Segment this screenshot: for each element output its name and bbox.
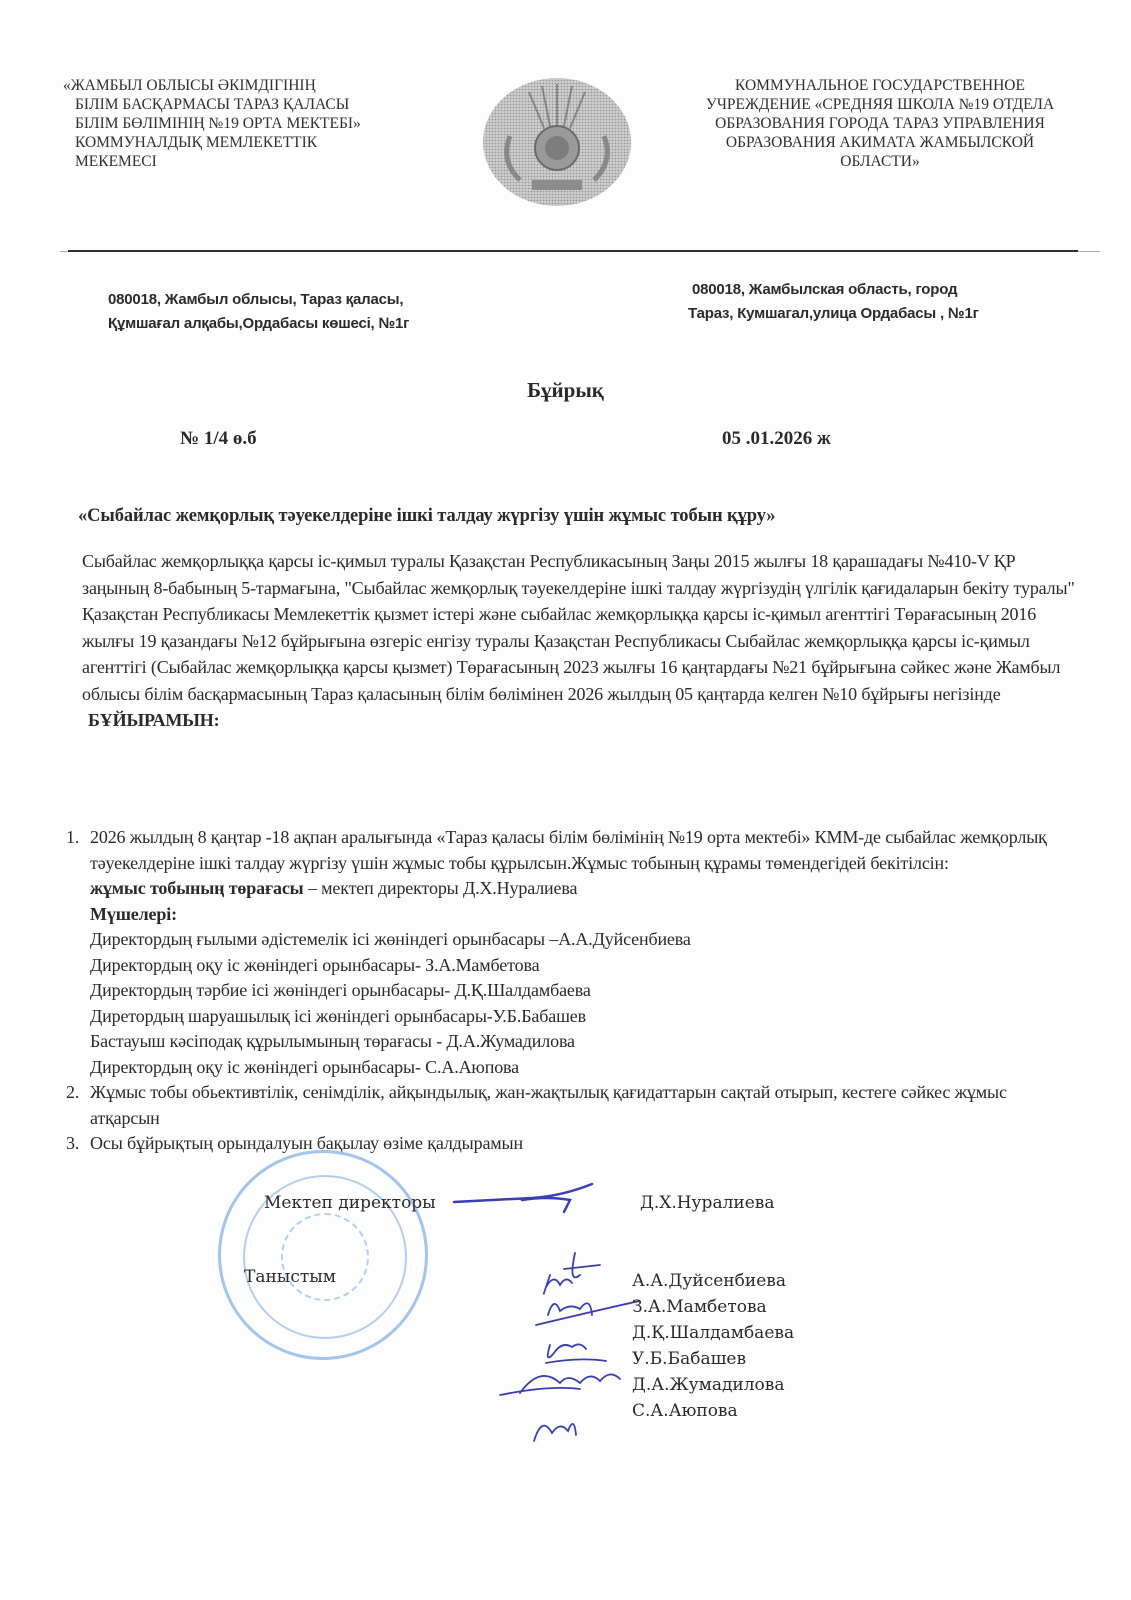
org-line: МЕКЕМЕСІ — [63, 152, 443, 171]
org-line: «ЖАМБЫЛ ОБЛЫСЫ ӘКІМДІГІНІҢ — [63, 76, 443, 95]
director-signature-icon — [452, 1178, 602, 1218]
chair-value: – мектеп директоры Д.Х.Нуралиева — [304, 878, 578, 898]
item-number: 1. — [66, 825, 79, 851]
acknowledged-name: З.А.Мамбетова — [632, 1294, 794, 1320]
org-line: БІЛІМ БАСҚАРМАСЫ ТАРАЗ ҚАЛАСЫ — [63, 95, 443, 114]
member-line: Директордың оқу іс жөніндегі орынбасары-… — [90, 1055, 1076, 1081]
member-line: Бастауыш кәсіподақ құрылымының төрағасы … — [90, 1029, 1076, 1055]
members-label: Мүшелері: — [90, 902, 1076, 928]
member-line: Диретордың шаруашылық ісі жөніндегі орын… — [90, 1004, 1076, 1030]
member-line: Директордың ғылыми әдістемелік ісі жөнін… — [90, 927, 1076, 953]
preamble-text: Сыбайлас жемқорлыққа қарсы іс-қимыл тура… — [82, 551, 1075, 704]
header-org-name-russian: КОММУНАЛЬНОЕ ГОСУДАРСТВЕННОЕ УЧРЕЖДЕНИЕ … — [680, 76, 1080, 171]
chair-line: жұмыс тобының төрағасы – мектеп директор… — [90, 876, 1076, 902]
address-line: Құмшағал алқабы,Ордабасы көшесі, №1г — [108, 312, 409, 336]
acknowledged-name: С.А.Аюпова — [632, 1398, 794, 1424]
header-org-name-kazakh: «ЖАМБЫЛ ОБЛЫСЫ ӘКІМДІГІНІҢ БІЛІМ БАСҚАРМ… — [63, 76, 443, 171]
member-line: Директордың тәрбие ісі жөніндегі орынбас… — [90, 978, 1076, 1004]
item-number: 2. — [66, 1080, 79, 1106]
acknowledged-name: Д.Қ.Шалдамбаева — [632, 1320, 794, 1346]
state-emblem-icon — [482, 76, 632, 208]
order-word: БҰЙЫРАМЫН: — [88, 710, 219, 730]
order-date: 05 .01.2026 ж — [722, 428, 831, 450]
chair-label: жұмыс тобының төрағасы — [90, 878, 304, 898]
order-number: № 1/4 ө.б — [180, 428, 257, 450]
org-line: ОБРАЗОВАНИЯ АКИМАТА ЖАМБЫЛСКОЙ — [680, 133, 1080, 152]
org-line: ОБЛАСТИ» — [680, 152, 1080, 171]
item-text: 2026 жылдың 8 қаңтар -18 ақпан аралығынд… — [90, 827, 1047, 873]
document-title: Бұйрық — [0, 378, 1131, 403]
org-line: КОММУНАЛЬНОЕ ГОСУДАРСТВЕННОЕ — [680, 76, 1080, 95]
order-item-1: 1. 2026 жылдың 8 қаңтар -18 ақпан аралығ… — [66, 825, 1076, 1080]
order-subject: «Сыбайлас жемқорлық тәуекелдеріне ішкі т… — [78, 506, 775, 527]
item-text: Осы бұйрықтың орындалуын бақылау өзіме қ… — [90, 1133, 523, 1153]
acknowledged-label: Таныстым — [244, 1267, 336, 1287]
acknowledged-name: У.Б.Бабашев — [632, 1346, 794, 1372]
address-kazakh: 080018, Жамбыл облысы, Тараз қаласы, Құм… — [108, 288, 409, 336]
address-line: 080018, Жамбылская область, город — [688, 278, 979, 302]
order-preamble: Сыбайлас жемқорлыққа қарсы іс-қимыл тура… — [82, 548, 1082, 734]
org-line: ОБРАЗОВАНИЯ ГОРОДА ТАРАЗ УПРАВЛЕНИЯ — [680, 114, 1080, 133]
order-items: 1. 2026 жылдың 8 қаңтар -18 ақпан аралығ… — [66, 825, 1076, 1157]
org-line: УЧРЕЖДЕНИЕ «СРЕДНЯЯ ШКОЛА №19 ОТДЕЛА — [680, 95, 1080, 114]
address-line: Тараз, Кумшагал,улица Ордабасы , №1г — [688, 302, 979, 326]
org-line: БІЛІМ БӨЛІМІНІҢ №19 ОРТА МЕКТЕБІ» — [63, 114, 443, 133]
org-line: КОММУНАЛДЫҚ МЕМЛЕКЕТТІК — [63, 133, 443, 152]
item-number: 3. — [66, 1131, 79, 1157]
acknowledgement-signatures-icon — [480, 1245, 640, 1445]
item-text: Жұмыс тобы обьективтілік, сенімділік, ай… — [90, 1082, 1007, 1128]
stamp-emblem — [281, 1213, 369, 1301]
director-label: Мектеп директоры — [264, 1193, 436, 1213]
address-russian: 080018, Жамбылская область, город Тараз,… — [688, 278, 979, 326]
acknowledged-name: Д.А.Жумадилова — [632, 1372, 794, 1398]
member-line: Директордың оқу іс жөніндегі орынбасары-… — [90, 953, 1076, 979]
round-seal-stamp-icon — [218, 1150, 428, 1360]
acknowledged-names: А.А.Дуйсенбиева З.А.Мамбетова Д.Қ.Шалдам… — [632, 1268, 794, 1424]
address-line: 080018, Жамбыл облысы, Тараз қаласы, — [108, 288, 409, 312]
acknowledged-name: А.А.Дуйсенбиева — [632, 1268, 794, 1294]
director-name: Д.Х.Нуралиева — [640, 1193, 774, 1213]
order-item-3: 3. Осы бұйрықтың орындалуын бақылау өзім… — [66, 1131, 1076, 1157]
order-item-2: 2. Жұмыс тобы обьективтілік, сенімділік,… — [66, 1080, 1076, 1131]
header-divider — [68, 250, 1078, 252]
